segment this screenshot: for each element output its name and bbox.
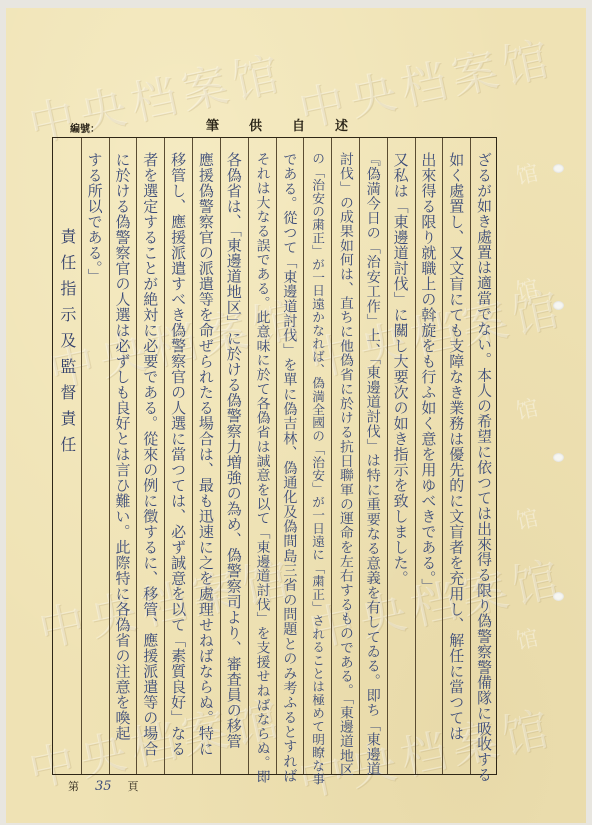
text-column: 各偽省は、「東邊道地区」に於ける偽警察力増強の為め、偽警察司より、審査員の移管 (220, 152, 248, 749)
text-column: である。從つて「東邊道討伐」を單に偽吉林、偽通化及偽間島三省の問題とのみ考ふると… (276, 152, 304, 783)
archive-watermark-side: 馆 (513, 156, 541, 191)
document-page: 中央档案馆 中央档案馆 中央档案馆 中央档案馆 中央档案馆 中央档案馆 中央档案… (6, 8, 586, 823)
text-column: 移管し、應援派遣すべき偽警察官の人選に當つては、必ず誠意を以て「素質良好」なる (164, 152, 192, 757)
binder-hole (553, 301, 564, 310)
archive-watermark-side: 馆 (513, 391, 541, 426)
binder-hole (553, 164, 564, 173)
text-column: の「治安の粛正」が一日遠かなれば、偽満全國の「治安」が一日遠に「粛正」されること… (303, 152, 331, 786)
text-column: 討伐」の成果如何は、直ちに他偽省に於ける抗日聯軍の運命を左右するものである。「東… (331, 152, 359, 777)
page-suffix: 頁 (128, 780, 139, 793)
serial-number-label: 編號： (70, 120, 100, 135)
page-number: 35 (95, 779, 112, 794)
text-column: それは大なる誤である。此意味に於て各偽省は誠意を以て「東邊道討伐」を支援せねばな… (248, 152, 276, 784)
text-column: する所以である。」 (81, 152, 109, 284)
archive-watermark-side: 馆 (513, 501, 541, 536)
page-prefix: 第 (68, 780, 79, 793)
manuscript-grid: ざるが如き處置は適當でない。本人の希望に依つては出來得る限り偽警察警備隊に吸收す… (52, 137, 497, 775)
text-column: 應援偽警察官の派遣等を命ぜられたる場合は、最も迅速に之を處理せねばならぬ。特に (192, 152, 220, 757)
text-column: 者を選定することが絶対に必要である。從來の例に徴するに、移管、應援派遣等の場合 (136, 152, 164, 757)
text-column: 又私は「東邊道討伐」に關し大要次の如き指示を致しました。 (387, 152, 415, 586)
text-column: ざるが如き處置は適當でない。本人の希望に依つては出來得る限り偽警察警備隊に吸收す… (470, 152, 498, 782)
binder-hole (553, 453, 564, 462)
binder-hole (553, 592, 564, 601)
text-column: 『偽満今日の「治安工作」上、「東邊道討伐」は特に重要なる意義を有してゐる。即ち「… (359, 152, 387, 776)
text-column: 出來得る限り就職上の斡旋をも行ふ如く意を用ゆべきである。」 (415, 152, 443, 594)
archive-watermark-side: 馆 (513, 621, 541, 656)
section-heading: 責任指示及監督責任 (53, 228, 81, 462)
archive-watermark-side: 馆 (513, 271, 541, 306)
form-title: 筆供自述 (206, 115, 378, 134)
text-column: に於ける偽警察官の人選は必ずしも良好とは言ひ難い。此際特に各偽省の注意を喚起 (109, 152, 137, 741)
text-column: 如く處置し、又文盲にても支障なき業務は優先的に文盲者を充用し、解任に當つては (442, 152, 470, 741)
page-footer: 第35頁 (68, 778, 139, 794)
